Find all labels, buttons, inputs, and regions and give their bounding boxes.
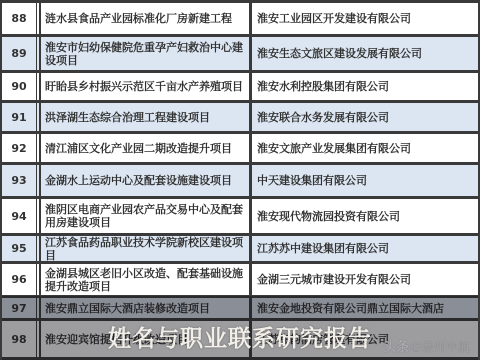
project-name-cell: 盱眙县乡村振兴示范区千亩水产养殖项目 <box>39 73 249 100</box>
toutiao-logo: 头条 <box>383 340 409 355</box>
project-name-cell: 江苏食品药品职业技术学院新校区建设项目 <box>39 236 249 261</box>
row-number-cell: 91 <box>2 103 37 131</box>
table-row: 90 盱眙县乡村振兴示范区千亩水产养殖项目 淮安水利控股集团有限公司 <box>2 73 478 103</box>
row-number-cell: 96 <box>2 264 37 295</box>
table-row: 92 清江浦区文化产业园二期改造提升项目 淮安文旅产业发展集团有限公司 <box>2 134 478 165</box>
company-name-cell: 淮安工业园区开发建设有限公司 <box>249 3 478 34</box>
project-name-cell: 洪泽湖生态综合治理工程建设项目 <box>39 103 249 131</box>
table-row: 96 金湖县城区老旧小区改造、配套基础设施提升改造项目 金湖三元城市建设开发有限… <box>2 264 478 298</box>
caption-overlay: 姓名与职业联系研究报告 头条@泰州中航 <box>2 296 478 360</box>
table-row: 91 洪泽湖生态综合治理工程建设项目 淮安联合水务发展有限公司 <box>2 103 478 134</box>
table-row: 95 江苏食品药品职业技术学院新校区建设项目 江苏苏中建设集团有限公司 <box>2 236 478 264</box>
company-name-cell: 中天建设集团有限公司 <box>249 165 478 196</box>
row-number-cell: 88 <box>2 3 37 34</box>
company-name-cell: 江苏苏中建设集团有限公司 <box>249 236 478 261</box>
project-name-cell: 金湖县城区老旧小区改造、配套基础设施提升改造项目 <box>39 264 249 295</box>
project-name-cell: 淮安市妇幼保健院危重孕产妇救治中心建设项目 <box>39 37 249 70</box>
company-name-cell: 淮安文旅产业发展集团有限公司 <box>249 134 478 162</box>
row-number-cell: 94 <box>2 199 37 233</box>
project-name-cell: 清江浦区文化产业园二期改造提升项目 <box>39 134 249 162</box>
row-number-cell: 89 <box>2 37 37 70</box>
project-name-cell: 金湖水上运动中心及配套设施建设项目 <box>39 165 249 196</box>
company-name-cell: 淮安水利控股集团有限公司 <box>249 73 478 100</box>
table-row: 89 淮安市妇幼保健院危重孕产妇救治中心建设项目 淮安生态文旅区建设发展有限公司 <box>2 37 478 73</box>
row-number-cell: 95 <box>2 236 37 261</box>
table-row: 94 淮阴区电商产业园农产品交易中心及配套用房建设项目 淮安现代物流园投资有限公… <box>2 199 478 236</box>
table-row: 93 金湖水上运动中心及配套设施建设项目 中天建设集团有限公司 <box>2 165 478 199</box>
document-page: 88 涟水县食品产业园标准化厂房新建工程 淮安工业园区开发建设有限公司 89 淮… <box>0 0 480 360</box>
row-number-cell: 93 <box>2 165 37 196</box>
company-name-cell: 淮安联合水务发展有限公司 <box>249 103 478 131</box>
project-name-cell: 淮阴区电商产业园农产品交易中心及配套用房建设项目 <box>39 199 249 233</box>
company-name-cell: 淮安生态文旅区建设发展有限公司 <box>249 37 478 70</box>
watermark-handle: @泰州中航 <box>410 340 470 354</box>
table-row: 88 涟水县食品产业园标准化厂房新建工程 淮安工业园区开发建设有限公司 <box>2 3 478 37</box>
row-number-cell: 92 <box>2 134 37 162</box>
page-title: 姓名与职业联系研究报告 <box>108 320 372 353</box>
company-name-cell: 淮安现代物流园投资有限公司 <box>249 199 478 233</box>
project-name-cell: 涟水县食品产业园标准化厂房新建工程 <box>39 3 249 34</box>
row-number-cell: 90 <box>2 73 37 100</box>
watermark: 头条@泰州中航 <box>383 336 470 355</box>
company-name-cell: 金湖三元城市建设开发有限公司 <box>249 264 478 295</box>
